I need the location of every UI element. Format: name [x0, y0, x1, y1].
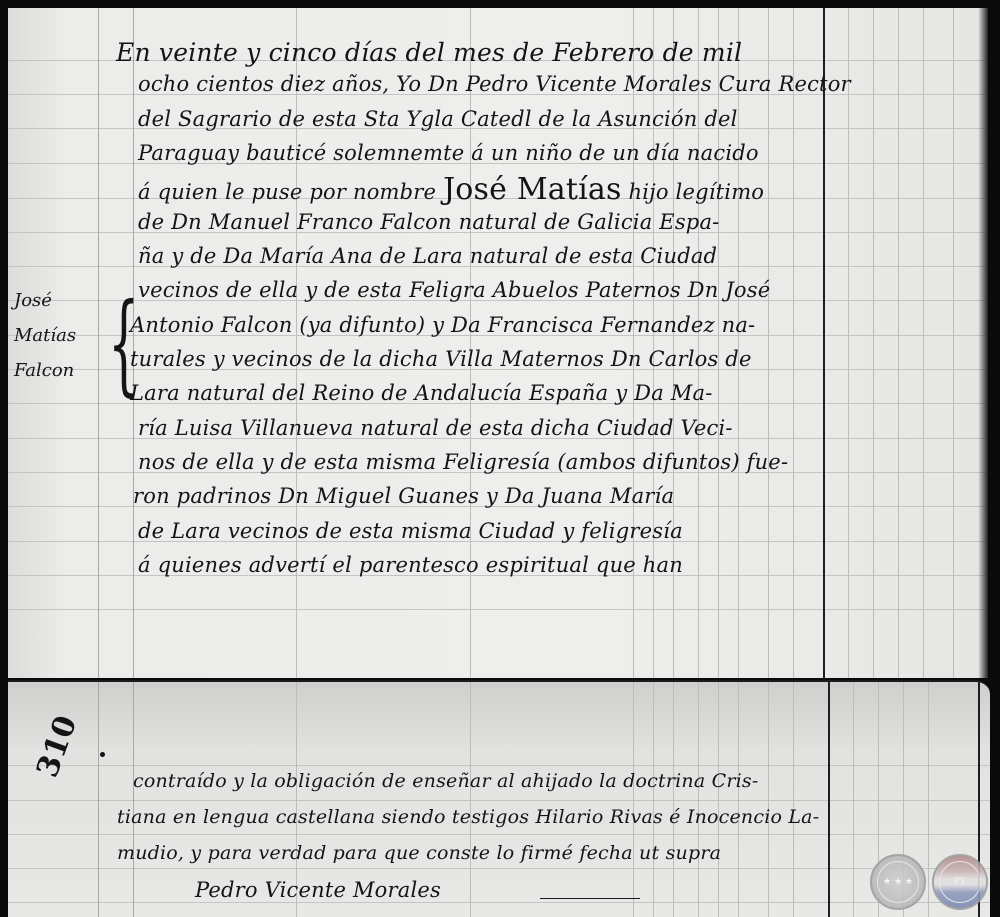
map-icon: PY: [939, 861, 981, 903]
column-rule: [873, 8, 874, 678]
column-rule: [853, 682, 854, 917]
margin-note-line: Matías: [14, 318, 76, 353]
record-line-child-name: á quien le puse por nombre José Matías h…: [138, 172, 764, 207]
column-rule: [768, 682, 769, 917]
record-line: ría Luisa Villanueva natural de esta dic…: [138, 416, 733, 440]
folio-dot: [100, 752, 105, 757]
column-rule: [953, 8, 954, 678]
priest-signature: Pedro Vicente Morales: [195, 878, 441, 902]
ruled-line: [8, 609, 988, 610]
column-rule: [793, 8, 794, 678]
record-line: Antonio Falcon (ya difunto) y Da Francis…: [130, 313, 755, 337]
record-line: de Dn Manuel Franco Falcon natural de Ga…: [138, 210, 719, 234]
column-rule-bold: [823, 8, 825, 678]
column-rule: [928, 682, 929, 917]
column-rule: [673, 682, 674, 917]
column-rule: [793, 682, 794, 917]
column-rule: [653, 682, 654, 917]
record-line: tiana en lengua castellana siendo testig…: [117, 806, 819, 828]
column-rule: [633, 682, 634, 917]
record-line: turales y vecinos de la dicha Villa Mate…: [130, 347, 752, 371]
column-rule: [98, 8, 99, 678]
record-line: ña y de Da María Ana de Lara natural de …: [138, 244, 717, 268]
column-rule: [738, 8, 739, 678]
ruled-line: [8, 868, 990, 869]
column-rule: [133, 682, 134, 917]
record-line: mudio, y para verdad para que conste lo …: [117, 842, 721, 864]
record-line: ron padrinos Dn Miguel Guanes y Da Juana…: [133, 484, 674, 508]
record-line: Lara natural del Reino de Andalucía Espa…: [130, 381, 713, 405]
column-rule: [698, 682, 699, 917]
child-name: José Matías: [443, 172, 622, 207]
column-rule: [470, 682, 471, 917]
column-rule: [718, 682, 719, 917]
archive-seal: ★ ★ ★: [870, 854, 926, 910]
record-line: En veinte y cinco días del mes de Febrer…: [116, 38, 742, 67]
record-line: del Sagrario de esta Sta Ygla Catedl de …: [138, 107, 738, 131]
ruled-line: [8, 800, 990, 801]
ruled-line: [8, 765, 990, 766]
column-rule: [898, 8, 899, 678]
column-rule: [738, 682, 739, 917]
ruled-line: [8, 902, 990, 903]
margin-note-line: Falcon: [14, 353, 76, 388]
ruled-line: [8, 834, 990, 835]
legitimacy-text: hijo legítimo: [628, 180, 764, 204]
upper-register-page: José Matías Falcon { En veinte y cinco d…: [8, 8, 988, 678]
column-rule: [98, 682, 99, 917]
record-line: ocho cientos diez años, Yo Dn Pedro Vice…: [138, 72, 851, 96]
record-line: Paraguay bauticé solemnemte á un niño de…: [138, 141, 759, 165]
lower-register-page: [8, 680, 990, 917]
margin-note-name: José Matías Falcon: [14, 283, 76, 388]
signature-underline: [540, 898, 640, 899]
record-line: nos de ella y de esta misma Feligresía (…: [138, 450, 788, 474]
record-line: contraído y la obligación de enseñar al …: [133, 770, 758, 792]
record-line-text: á quien le puse por nombre: [138, 180, 436, 204]
page-edge-shadow: [978, 8, 988, 678]
column-rule: [923, 8, 924, 678]
record-line: vecinos de ella y de esta Feligra Abuelo…: [138, 278, 770, 302]
column-rule: [848, 8, 849, 678]
column-rule-bold: [828, 682, 830, 917]
star-icon: ★ ★ ★: [877, 861, 919, 903]
margin-note-line: José: [14, 283, 76, 318]
column-rule: [768, 8, 769, 678]
record-line: á quienes advertí el parentesco espiritu…: [138, 553, 683, 577]
paraguay-flag-seal: PY: [932, 854, 988, 910]
record-line: de Lara vecinos de esta misma Ciudad y f…: [138, 519, 683, 543]
